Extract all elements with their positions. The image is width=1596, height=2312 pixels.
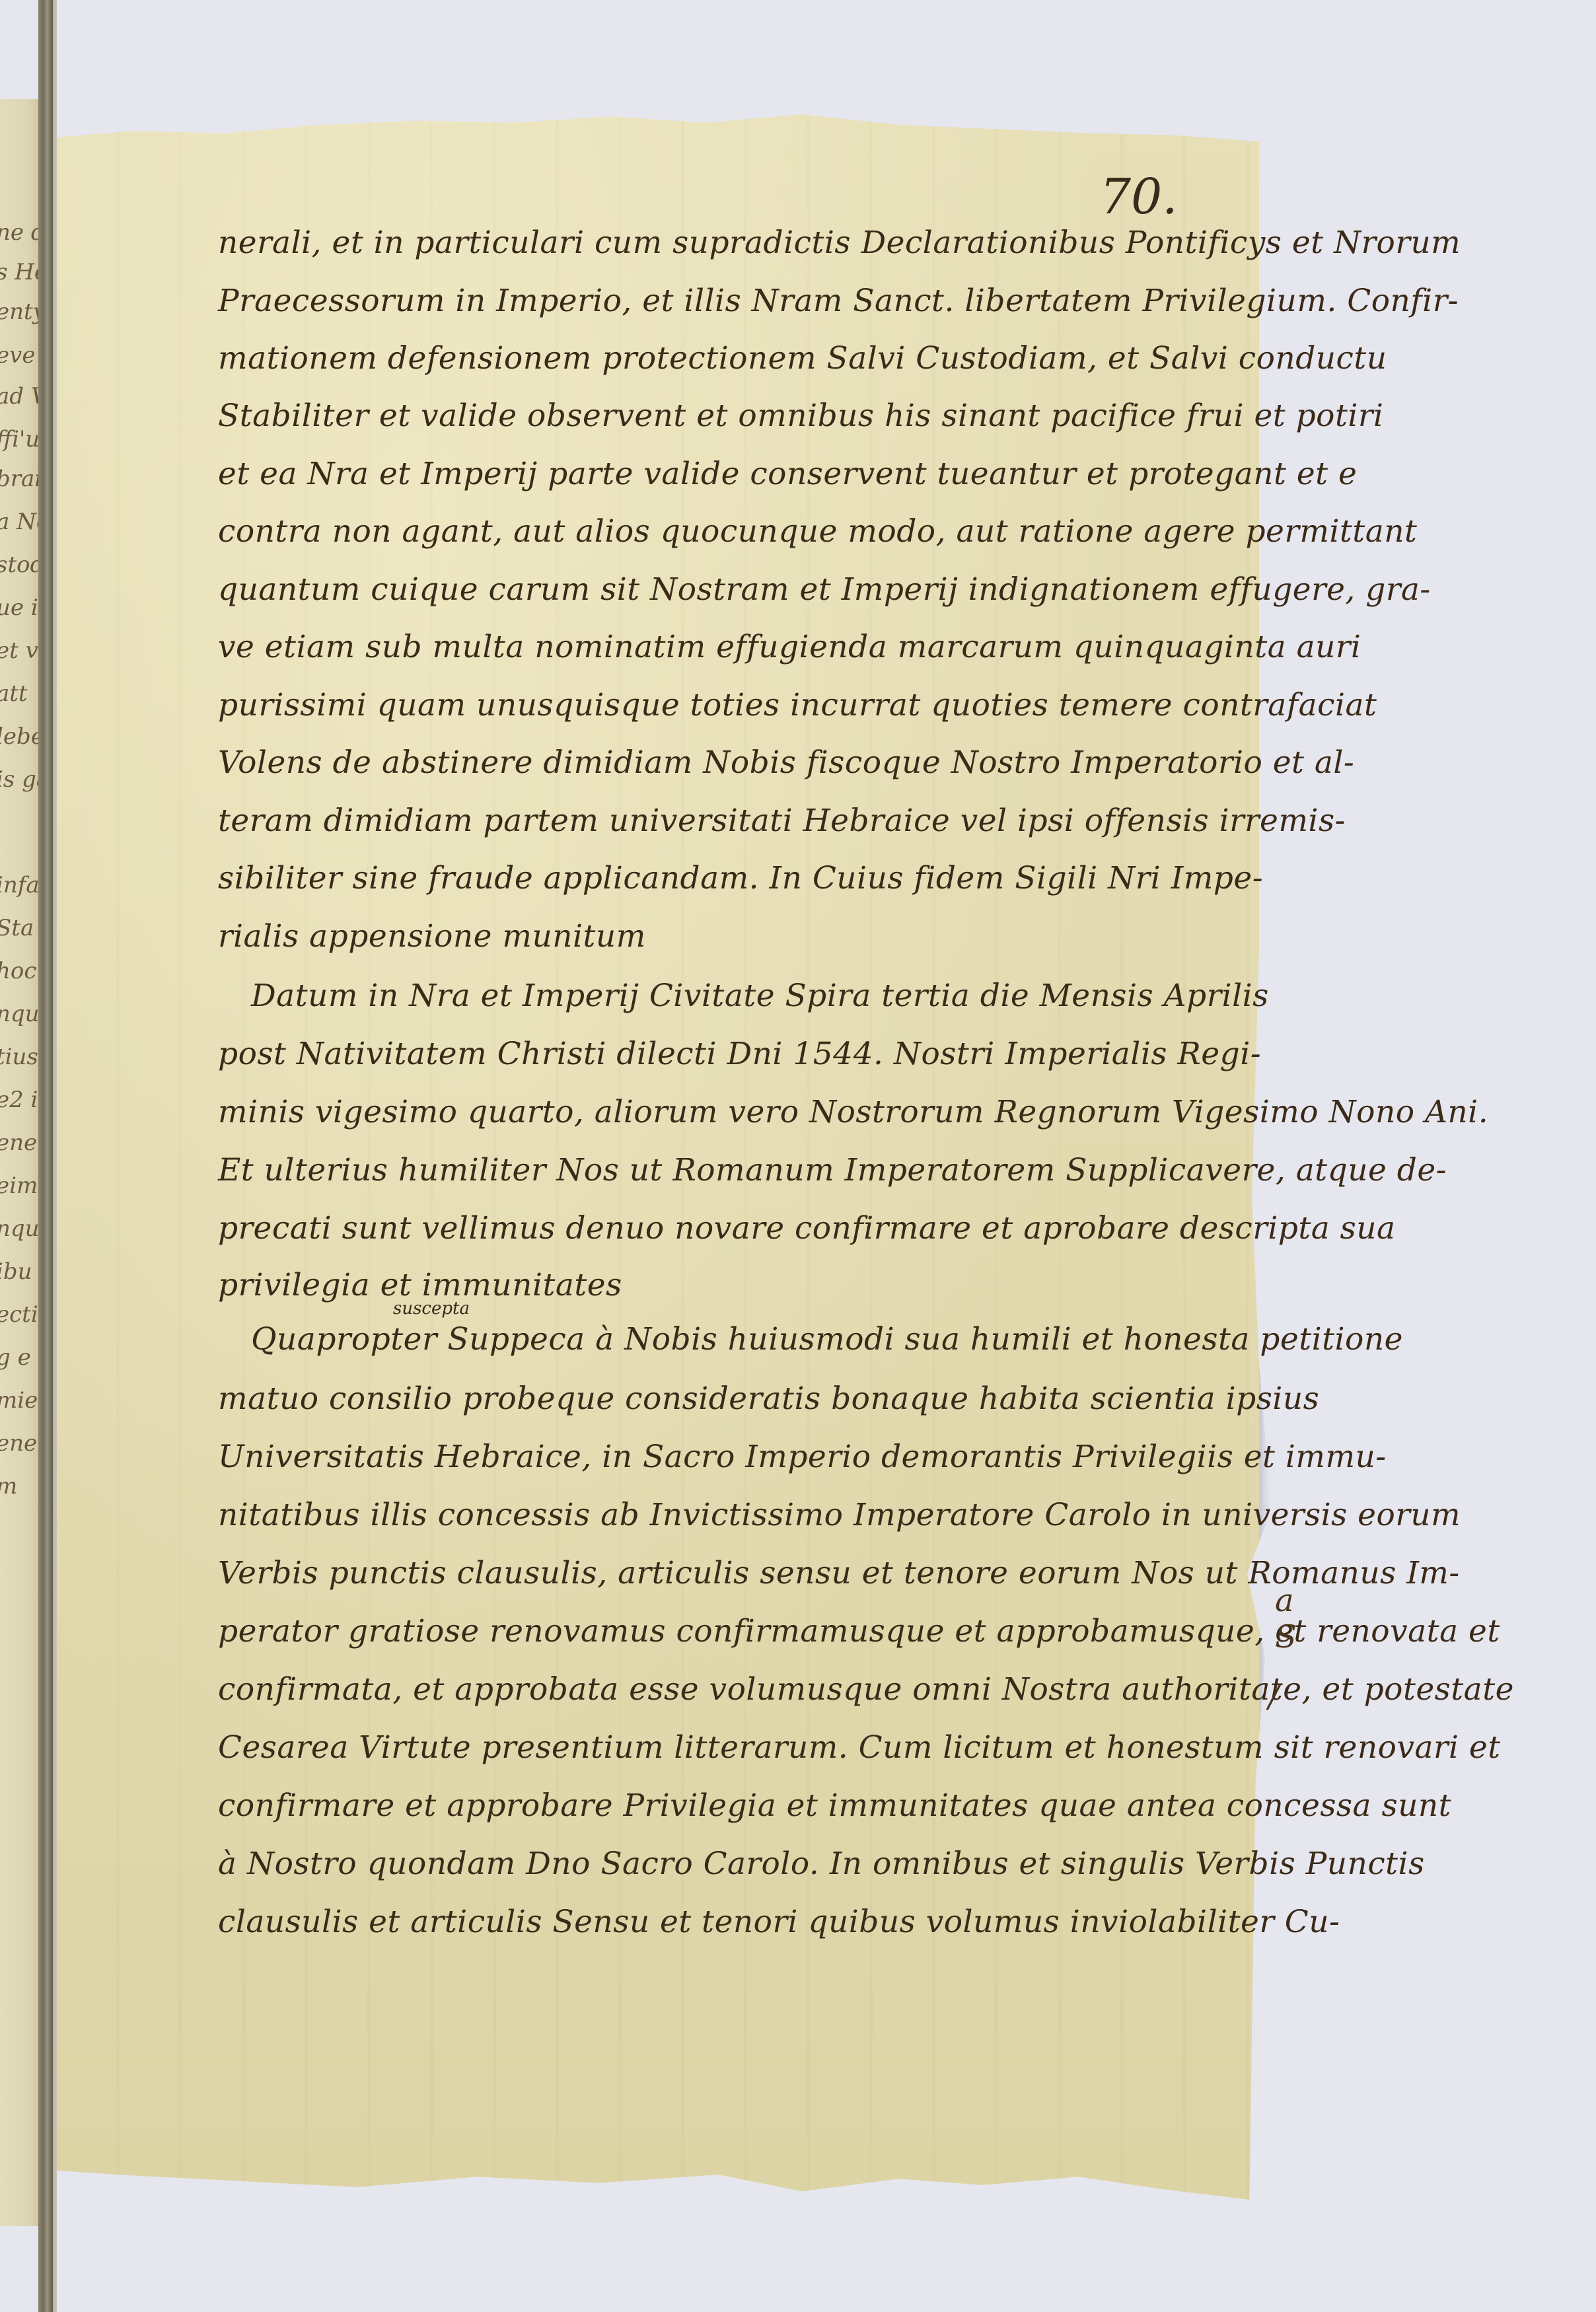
manuscript-line: Cesarea Virtute presentium litterarum. C… — [218, 1729, 1501, 1766]
facing-page-fragment: m — [0, 1473, 17, 1499]
facing-page-fragment: mie — [0, 1387, 38, 1414]
manuscript-line: confirmata, et approbata esse volumusque… — [218, 1671, 1514, 1708]
manuscript-line: Verbis punctis clausulis, articulis sens… — [218, 1555, 1460, 1591]
facing-page-fragment: is gau — [0, 766, 40, 793]
manuscript-line: confirmare et approbare Privilegia et im… — [218, 1788, 1451, 1824]
facing-page-fragment: ne def — [0, 219, 40, 246]
manuscript-line: mationem defensionem protectionem Salvi … — [218, 340, 1387, 377]
manuscript-line: nerali, et in particulari cum supradicti… — [218, 225, 1461, 261]
facing-page-fragment: e2 in — [0, 1087, 40, 1113]
manuscript-line: post Nativitatem Christi dilecti Dni 154… — [218, 1036, 1261, 1072]
manuscript-line: Volens de abstinere dimidiam Nobis fisco… — [218, 744, 1354, 781]
facing-page-fragment: nque — [0, 1215, 40, 1242]
manuscript-line: à Nostro quondam Dno Sacro Carolo. In om… — [218, 1846, 1425, 1882]
manuscript-line: quantum cuique carum sit Nostram et Impe… — [218, 571, 1431, 608]
facing-page-strip: ne def s He entyp eve ad Ve ffi'u braic … — [0, 99, 40, 2226]
manuscript-line: Praecessorum in Imperio, et illis Nram S… — [218, 283, 1459, 319]
manuscript-line: Datum in Nra et Imperij Civitate Spira t… — [251, 978, 1269, 1014]
facing-page-fragment: eime — [0, 1173, 40, 1199]
folio-number: 70. — [1100, 168, 1178, 225]
margin-mark: a — [1275, 1582, 1294, 1619]
margin-mark: / — [1268, 1678, 1279, 1715]
manuscript-line: nitatibus illis concessis ab Invictissim… — [218, 1497, 1461, 1533]
facing-page-fragment: tius e — [0, 1044, 40, 1070]
facing-page-fragment: ad Ve — [0, 383, 40, 410]
facing-page-fragment: infa — [0, 872, 40, 898]
facing-page-fragment: att — [0, 680, 28, 707]
facing-page-fragment: a No — [0, 509, 40, 535]
facing-page-fragment: lebea — [0, 723, 40, 750]
facing-page-fragment: stodia — [0, 552, 40, 578]
facing-page-fragment: s He — [0, 259, 40, 285]
manuscript-line: sibiliter sine fraude applicandam. In Cu… — [218, 860, 1263, 896]
manuscript-line: Et ulterius humiliter Nos ut Romanum Imp… — [218, 1152, 1447, 1188]
manuscript-line: purissimi quam unusquisque toties incurr… — [218, 687, 1377, 723]
manuscript-line: Stabiliter et valide observent et omnibu… — [218, 398, 1383, 434]
facing-page-fragment: ibu — [0, 1258, 32, 1285]
manuscript-line: minis vigesimo quarto, aliorum vero Nost… — [218, 1094, 1488, 1130]
facing-page-fragment: entyp — [0, 299, 40, 325]
interlinear-correction: suscepta — [393, 1299, 470, 1319]
manuscript-line: rialis appensione munitum — [218, 918, 646, 955]
manuscript-line: et ea Nra et Imperij parte valide conser… — [218, 456, 1357, 492]
manuscript-line: contra non agant, aut alios quocunque mo… — [218, 513, 1417, 550]
facing-page-fragment: nque — [0, 1001, 40, 1027]
facing-page-fragment: ene — [0, 1430, 37, 1457]
manuscript-line: precati sunt vellimus denuo novare confi… — [218, 1210, 1396, 1246]
manuscript-line: ve etiam sub multa nominatim effugienda … — [218, 629, 1361, 665]
manuscript-line: teram dimidiam partem universitati Hebra… — [218, 803, 1346, 839]
facing-page-fragment: g e — [0, 1344, 31, 1371]
manuscript-line: matuo consilio probeque consideratis bon… — [218, 1381, 1319, 1417]
manuscript-line: privilegia et immunitates — [218, 1267, 622, 1303]
facing-page-fragment: Sta — [0, 915, 34, 941]
facing-page-fragment: hoc — [0, 958, 36, 984]
binding-rod — [38, 0, 53, 2312]
manuscript-line: clausulis et articulis Sensu et tenori q… — [218, 1904, 1340, 1940]
facing-page-fragment: ue in — [0, 595, 40, 621]
facing-page-fragment: ffi'u — [0, 426, 40, 452]
margin-mark: S — [1275, 1618, 1297, 1655]
manuscript-line: Universitatis Hebraice, in Sacro Imperio… — [218, 1439, 1387, 1475]
facing-page-fragment: ene — [0, 1130, 37, 1156]
facing-page-fragment: braic — [0, 466, 40, 492]
facing-page-fragment: ecti — [0, 1301, 38, 1328]
manuscript-line: Quapropter Suppeca à Nobis huiusmodi sua… — [251, 1321, 1403, 1357]
facing-page-fragment: eve — [0, 342, 35, 369]
facing-page-fragment: et ve — [0, 637, 40, 664]
manuscript-line: perator gratiose renovamus confirmamusqu… — [218, 1613, 1500, 1649]
binding-rod-highlight — [53, 0, 57, 2312]
